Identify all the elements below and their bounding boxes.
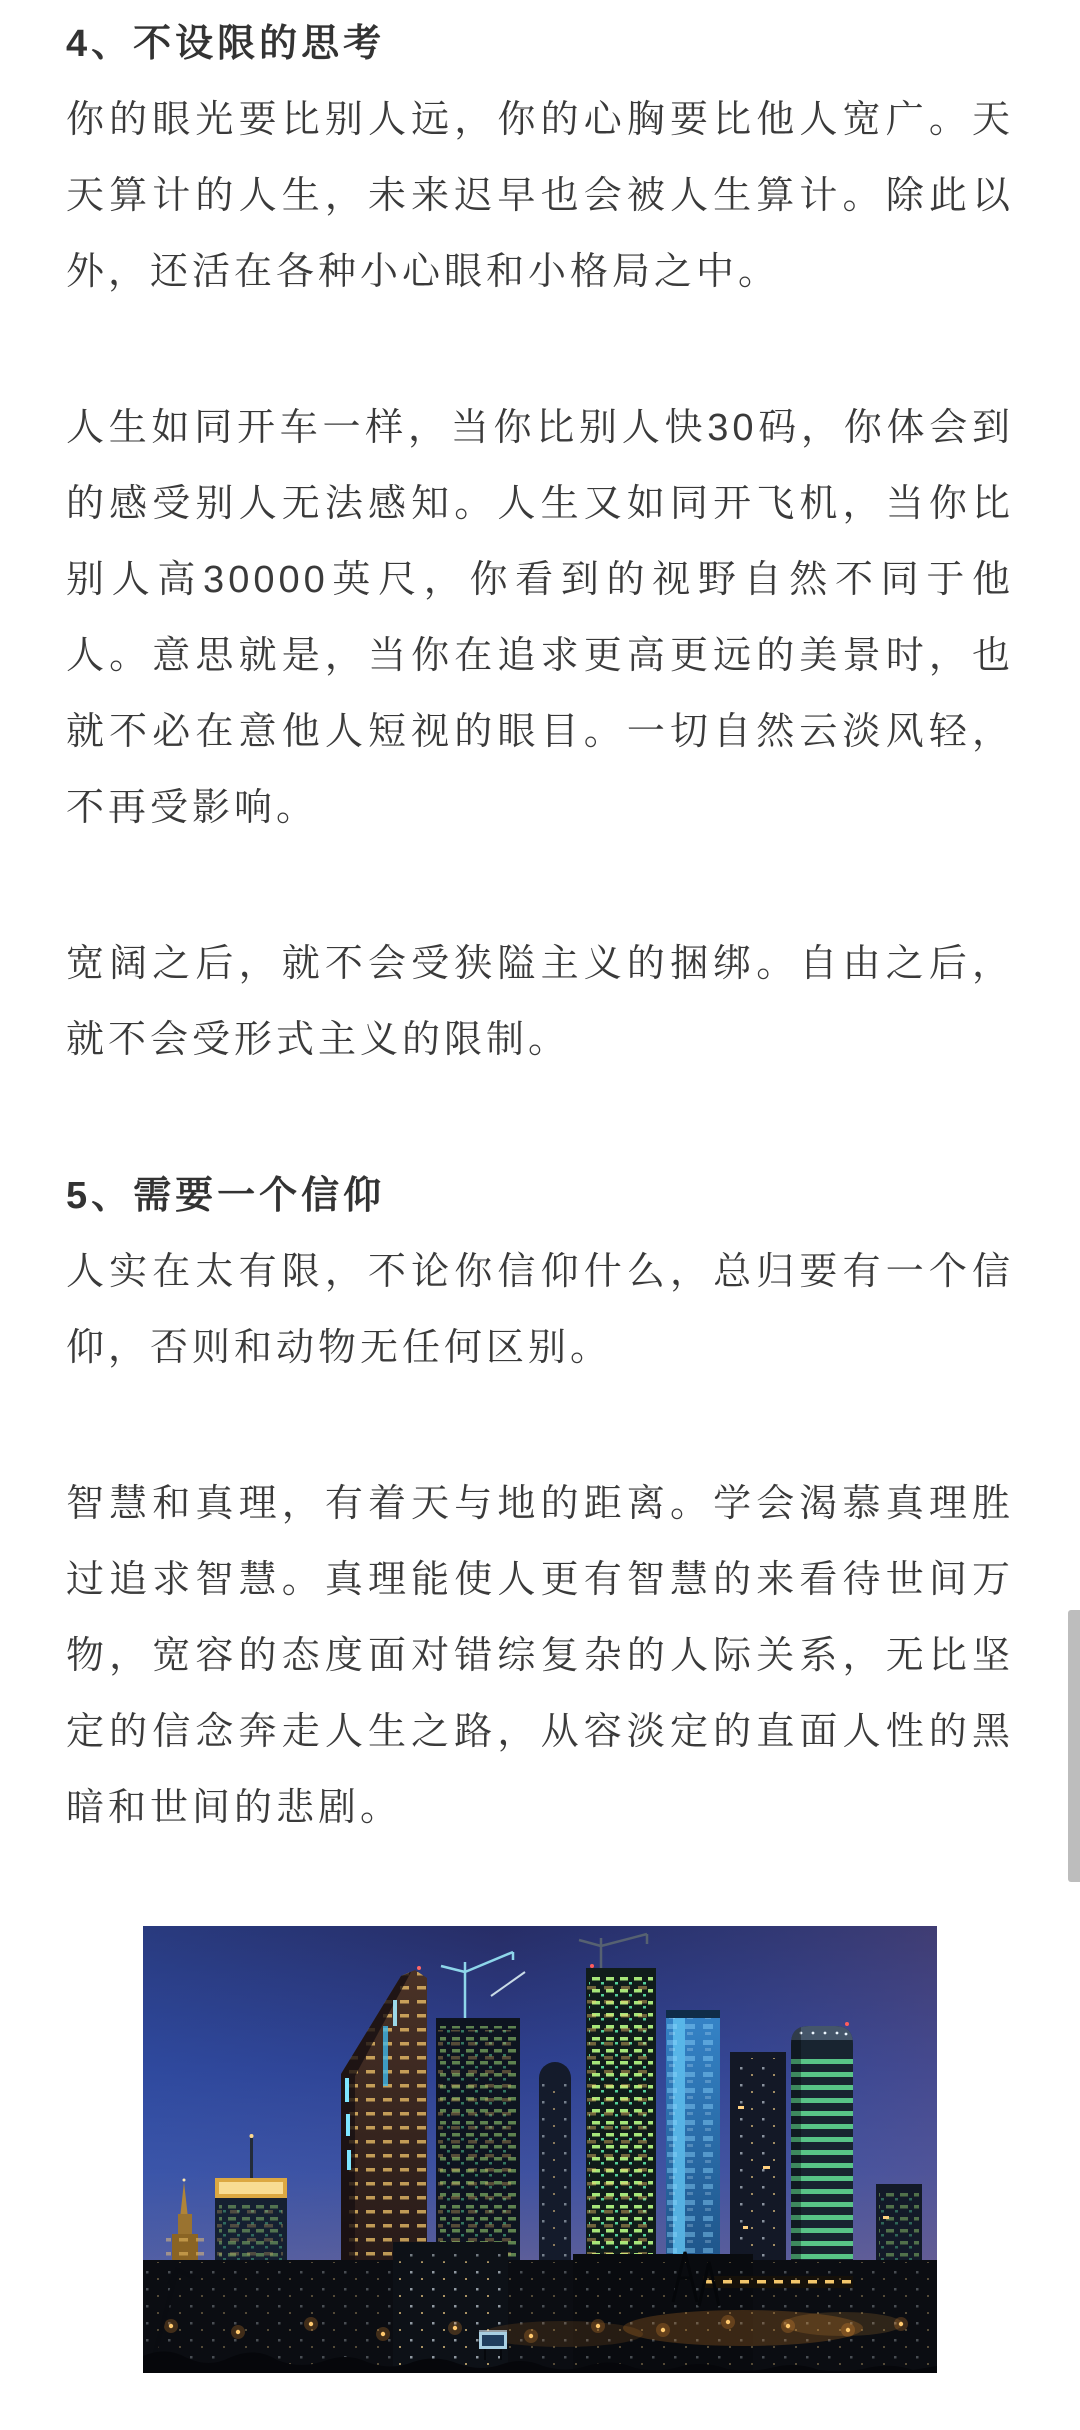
article-body: 4、不设限的思考 你的眼光要比别人远，你的心胸要比他人宽广。天天算计的人生，未来… [0,0,1080,2373]
section-heading-4: 4、不设限的思考 [66,6,1014,82]
section-heading-5: 5、需要一个信仰 [66,1158,1014,1234]
article-section-4: 4、不设限的思考 你的眼光要比别人远，你的心胸要比他人宽广。天天算计的人生，未来… [66,6,1014,1078]
scrollbar-thumb[interactable] [1068,1610,1080,1882]
paragraph: 人实在太有限，不论你信仰什么，总归要有一个信仰，否则和动物无任何区别。 [66,1234,1014,1386]
paragraph: 宽阔之后，就不会受狭隘主义的捆绑。自由之后，就不会受形式主义的限制。 [66,926,1014,1078]
article-section-5: 5、需要一个信仰 人实在太有限，不论你信仰什么，总归要有一个信仰，否则和动物无任… [66,1158,1014,1846]
article-image[interactable] [143,1926,937,2373]
foreground-silhouette [143,2242,937,2373]
paragraph: 人生如同开车一样，当你比别人快30码，你体会到的感受别人无法感知。人生又如同开飞… [66,390,1014,846]
night-city-skyline-image [143,1926,937,2373]
paragraph: 智慧和真理，有着天与地的距离。学会渴慕真理胜过追求智慧。真理能使人更有智慧的来看… [66,1466,1014,1846]
paragraph: 你的眼光要比别人远，你的心胸要比他人宽广。天天算计的人生，未来迟早也会被人生算计… [66,82,1014,310]
